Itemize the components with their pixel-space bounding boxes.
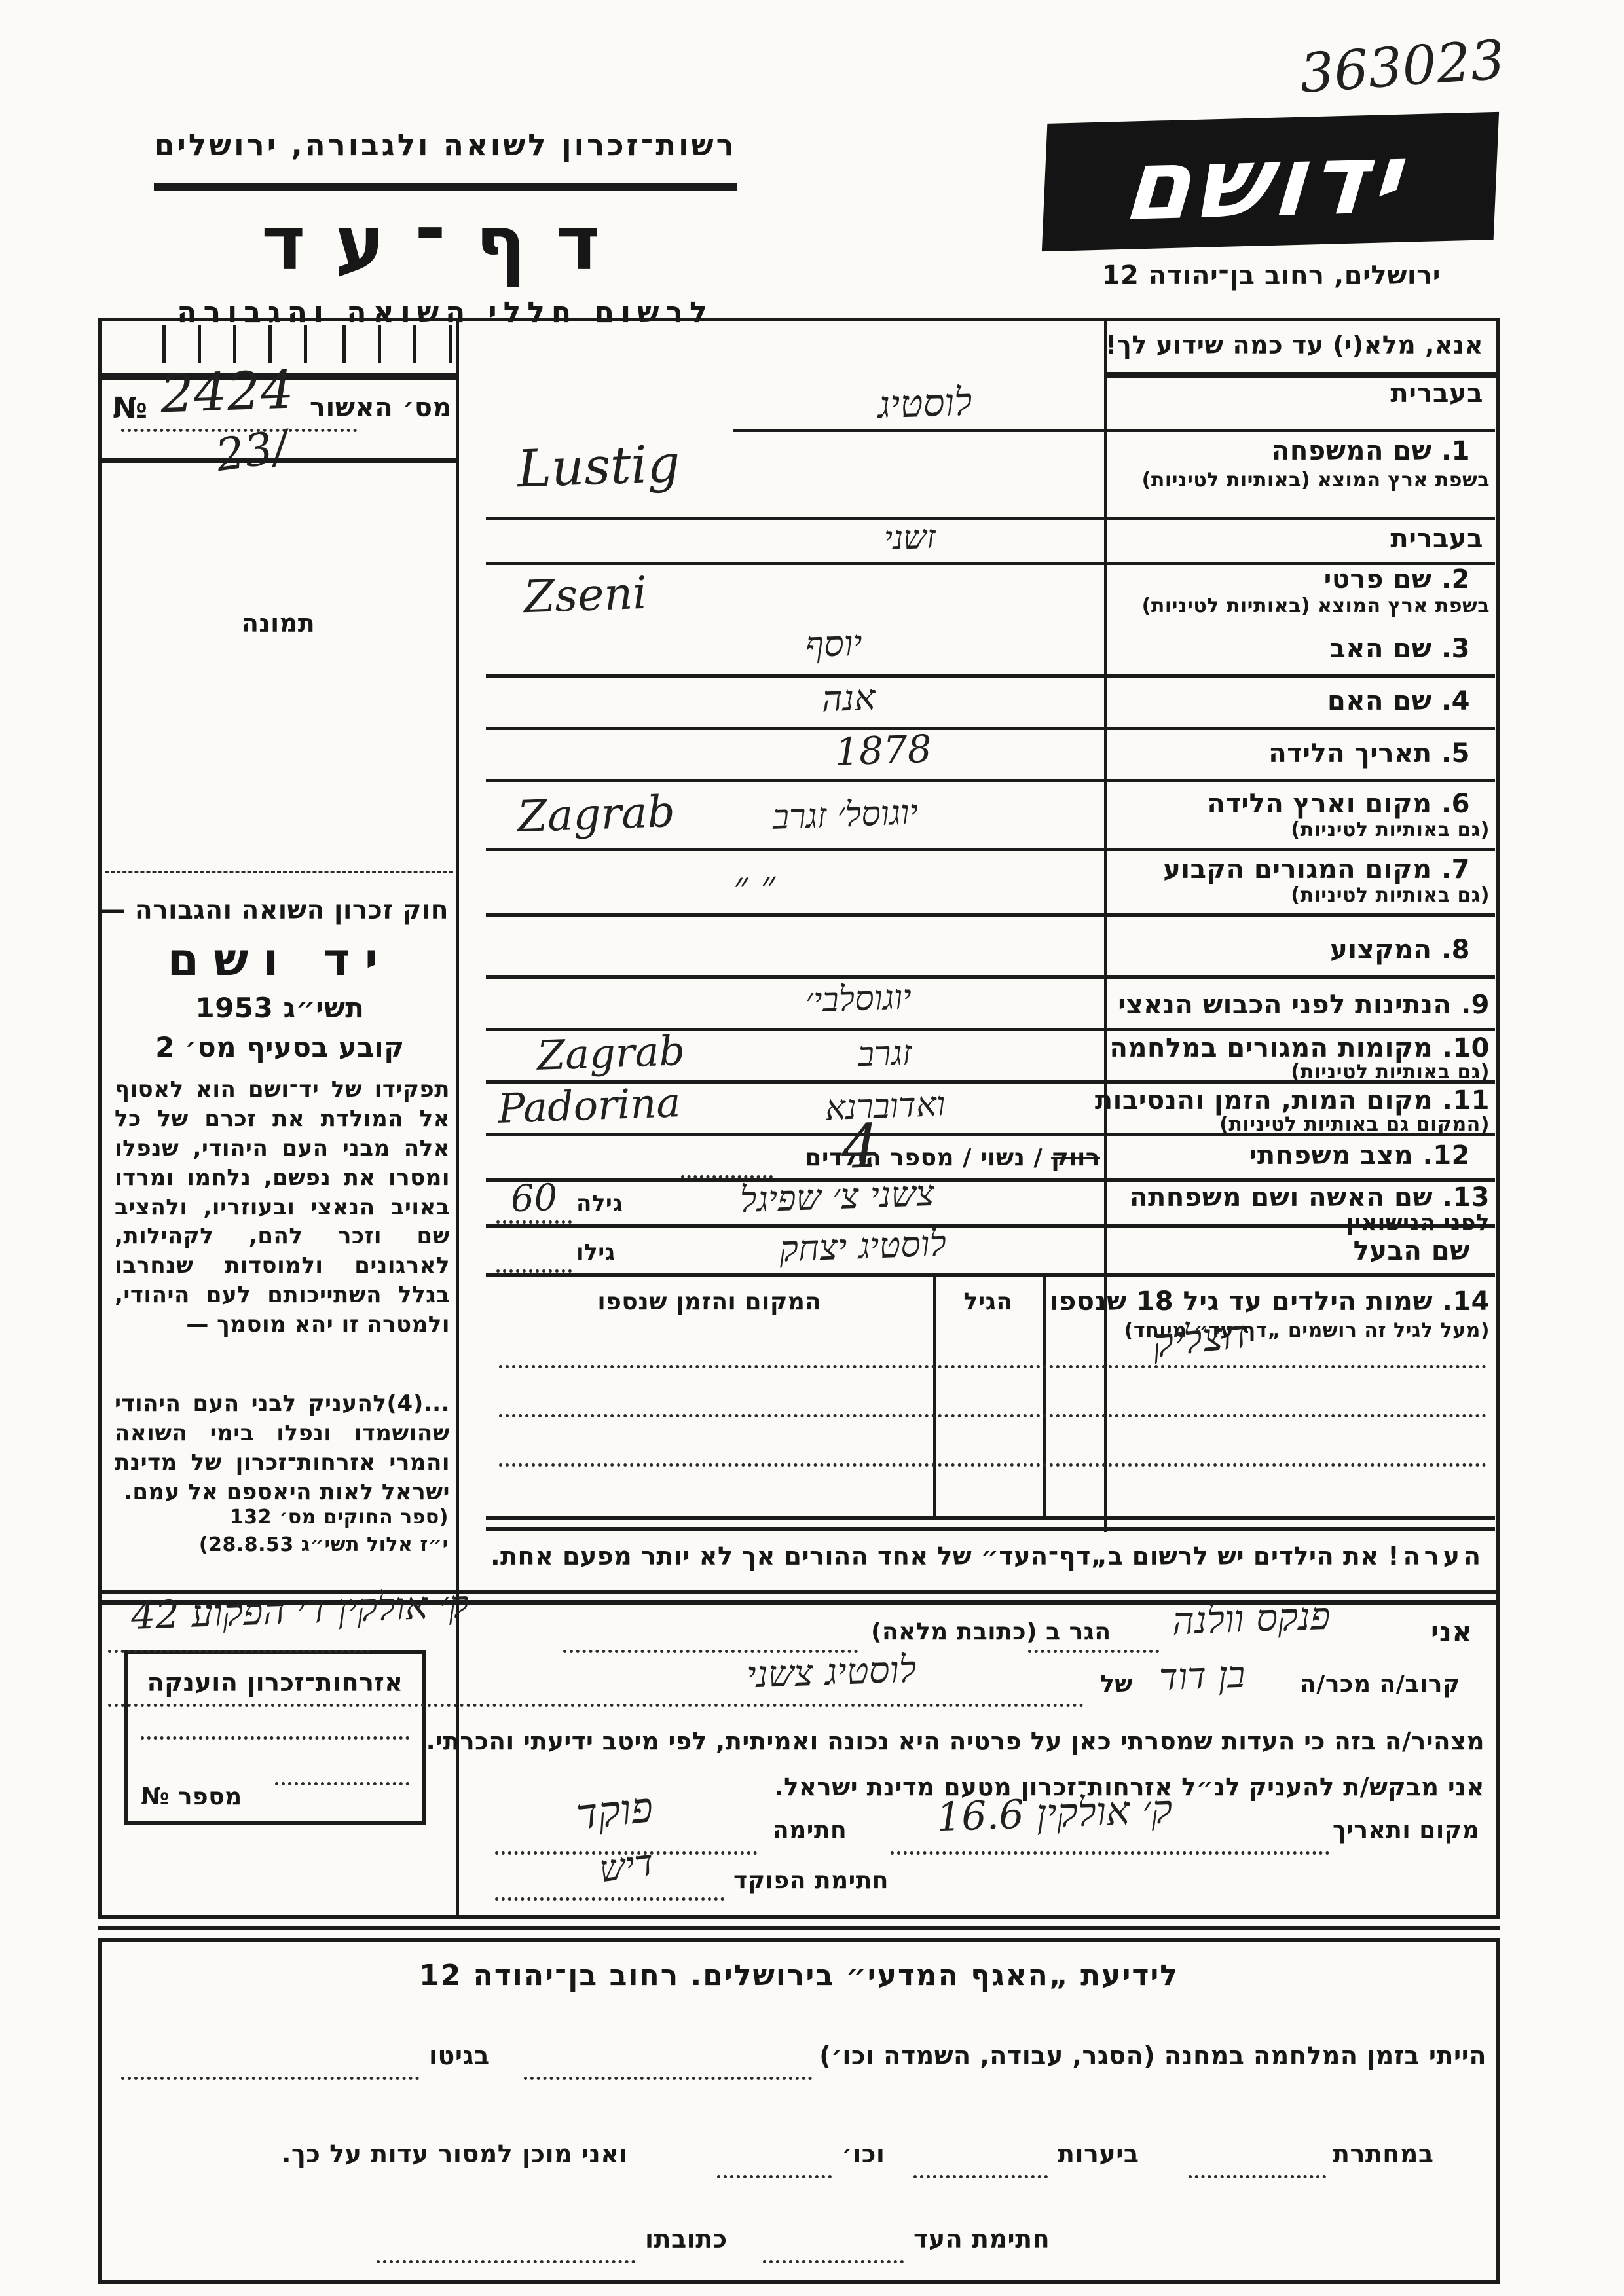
testify-label: ואני מוכן למסור עדות על כך. bbox=[282, 2140, 628, 2169]
header-address: ירושלים, רחוב בן־יהודה 12 bbox=[936, 261, 1441, 291]
row-line-4 bbox=[486, 727, 1495, 730]
declarant-name-dotted bbox=[1028, 1650, 1159, 1653]
row-line-husband bbox=[486, 1273, 1495, 1277]
tally-ticks bbox=[121, 325, 452, 363]
approval-no-sign: № bbox=[113, 392, 147, 426]
field9-label: 9. הנתינות לפני הכבוש הנאצי bbox=[1113, 990, 1490, 1021]
law-section: קובע בסעיף מס׳ 2 bbox=[111, 1031, 449, 1064]
instruction-rule bbox=[1107, 372, 1496, 378]
field12-option-single: רווק bbox=[1051, 1144, 1100, 1171]
yad-vashem-logo-text: ידושם bbox=[1115, 121, 1427, 242]
field1-entry-latin: Lustig bbox=[517, 435, 681, 500]
resides-label: הגר ב (כתובת מלאה) bbox=[871, 1618, 1111, 1646]
declarant-address-dotted-2 bbox=[108, 1650, 370, 1653]
subject-name-handwritten: לוסטיג צשני bbox=[746, 1648, 917, 1696]
field11-entry-latin: Padorina bbox=[497, 1078, 682, 1133]
registrar-signature-handwritten: דיש bbox=[597, 1842, 656, 1891]
field7-sublabel: (גם באותיות לטיניות) bbox=[1113, 884, 1490, 907]
field13-label: 13. שם האשה ושם משפחתה bbox=[1113, 1182, 1490, 1213]
children-col-place: המקום והזמן שנספו bbox=[486, 1288, 933, 1316]
relation-label: קרוב/ה מכר/ה bbox=[1300, 1671, 1460, 1698]
field12-children-count: 4 bbox=[840, 1111, 881, 1182]
photo-label: תמונה bbox=[210, 609, 347, 638]
row-line-8 bbox=[486, 975, 1495, 979]
field2-entry-latin: Zseni bbox=[523, 568, 648, 624]
field2-sublabel: בשפת ארץ המוצא (באותיות לטיניות) bbox=[1113, 594, 1490, 617]
registrar-signature-label: חתימת הפוקד bbox=[733, 1867, 889, 1895]
row-line-1lat bbox=[486, 517, 1495, 520]
law-reference-1: (ספר החוקים מס׳ 132 bbox=[121, 1506, 449, 1529]
field5-label: 5. תאריך הלידה bbox=[1113, 738, 1470, 769]
field5-entry: 1878 bbox=[834, 726, 932, 774]
field14-label: 14. שמות הילדים עד גיל 18 שנספו bbox=[1113, 1286, 1490, 1317]
field11-sublabel: (המקום גם באותיות לטיניות) bbox=[1113, 1113, 1490, 1136]
children-divider-age-right bbox=[1043, 1273, 1046, 1516]
field6-sublabel: (גם באותיות לטיניות) bbox=[1113, 818, 1490, 841]
husband-label: שם הבעל bbox=[1113, 1236, 1470, 1267]
bottom-box-top-rule bbox=[98, 1926, 1500, 1930]
field6-entry-hebrew: יוגוסל׳ זגרב bbox=[772, 793, 919, 837]
field1-hebrew-tag: בעברית bbox=[1113, 378, 1483, 409]
form-title: דף־עד bbox=[151, 200, 740, 289]
field1-entry-hebrew: לוסטיג bbox=[877, 380, 973, 428]
row-line-7 bbox=[486, 913, 1495, 917]
citizenship-number-label: מספר № bbox=[141, 1783, 242, 1811]
of-label: של bbox=[1100, 1671, 1133, 1698]
child-name-entry: חצליק bbox=[1151, 1311, 1248, 1367]
row-line-1he bbox=[733, 429, 1495, 432]
authority-name: רשות־זכרון לשואה ולגבורה, ירושלים bbox=[151, 128, 740, 162]
field6-label: 6. מקום וארץ הלידה bbox=[1113, 789, 1470, 820]
law-paragraph-1: תפקידו של יד־ושם הוא לאסוף אל המולדת את … bbox=[115, 1075, 450, 1339]
registrar-dotted bbox=[495, 1897, 724, 1901]
subject-dotted bbox=[108, 1704, 1084, 1707]
field1-label: 1. שם המשפחה bbox=[1113, 436, 1470, 467]
husband-age-dotted bbox=[496, 1269, 572, 1273]
witness-signature-label: חתימת העד bbox=[913, 2225, 1050, 2254]
field3-entry: יוסף bbox=[805, 623, 863, 666]
field2-label: 2. שם פרטי bbox=[1113, 564, 1470, 595]
children-note-text: את הילדים יש לרשום ב„דף־העד״ של אחד ההור… bbox=[490, 1542, 1388, 1571]
underground-dotted bbox=[1189, 2175, 1326, 2178]
field11-label: 11. מקום המות, הזמן והנסיבות bbox=[1113, 1085, 1490, 1116]
husband-entry: לוסטיג יצחק bbox=[779, 1223, 947, 1270]
declaration-i-label: אני bbox=[1431, 1616, 1472, 1649]
law-paragraph-2: ...(4)להעניק לבני העם היהודי שהושמדו ונפ… bbox=[115, 1389, 450, 1507]
table-bottom-rule-b bbox=[486, 1527, 1495, 1531]
law-reference-2: י״ז אלול תשי״ג 28.8.53) bbox=[121, 1533, 449, 1556]
row-line-6 bbox=[486, 848, 1495, 851]
field2-entry-hebrew: זשני bbox=[883, 518, 936, 558]
field12-label: 12. מצב משפחתי bbox=[1113, 1140, 1470, 1171]
field4-label: 4. שם האם bbox=[1113, 686, 1470, 717]
approval-number-label: מס׳ האשור bbox=[314, 393, 452, 424]
field10-entry-latin: Zagrab bbox=[536, 1027, 686, 1080]
law-year: תשי״ג 1953 bbox=[111, 992, 449, 1025]
row-line-5 bbox=[486, 779, 1495, 782]
field2-hebrew-tag: בעברית bbox=[1113, 524, 1483, 555]
forests-label: ביערות bbox=[1058, 2140, 1139, 2169]
approval-dotted-line bbox=[121, 429, 357, 432]
place-date-dotted bbox=[891, 1851, 1329, 1855]
citizenship-dotted-1 bbox=[141, 1736, 409, 1740]
field7-entry-ditto: ״ ״ bbox=[733, 862, 777, 909]
table-bottom-rule-a bbox=[486, 1516, 1495, 1520]
field6-entry-latin: Zagrab bbox=[517, 786, 676, 842]
declaration-statement: מצהיר/ה בזה כי העדות שמסרתי כאן על פרטיה… bbox=[486, 1727, 1485, 1756]
archive-stamp-number: 363023 bbox=[1298, 29, 1507, 105]
divider-label-column bbox=[1104, 318, 1107, 1532]
field13-age-dotted bbox=[496, 1220, 572, 1224]
children-col-age: הגיל bbox=[933, 1288, 1043, 1316]
witness-address-label: כתובתו bbox=[645, 2225, 728, 2254]
ghetto-dotted bbox=[121, 2077, 419, 2080]
testimony-page-scan: 363023 רשות־זכרון לשואה ולגבורה, ירושלים… bbox=[0, 0, 1624, 2296]
underground-label: במחתרת bbox=[1333, 2140, 1434, 2169]
field13-entry: צשני צ׳ שפיגל bbox=[739, 1173, 935, 1220]
row-line-3 bbox=[486, 674, 1495, 678]
law-intro: חוק זכרון השואה והגבורה — bbox=[111, 896, 449, 926]
place-date-handwritten: ק׳ אולקין 16.6 bbox=[936, 1787, 1173, 1841]
place-date-label: מקום ותאריך bbox=[1333, 1817, 1479, 1844]
field13-age-value: 60 bbox=[510, 1176, 558, 1220]
children-row3-dotted bbox=[499, 1463, 1486, 1467]
witness-signature-dotted bbox=[763, 2260, 904, 2263]
approval-bottom-rule bbox=[102, 458, 456, 463]
declarant-name-handwritten: פנקס וולנה bbox=[1172, 1594, 1331, 1643]
etc-label: וכו׳ bbox=[841, 2140, 885, 2169]
header-underline bbox=[154, 183, 737, 191]
children-row2-dotted bbox=[499, 1414, 1486, 1417]
bottom-title: לידיעת „האגף המדעי״ בירושלים. רחוב בן־יה… bbox=[105, 1959, 1493, 1993]
fill-instruction: אנא, מלא(י) עד כמה שידוע לך! bbox=[1113, 331, 1483, 360]
citizenship-box-title: אזרחות־זכרון הוענקה bbox=[131, 1668, 419, 1698]
field8-label: 8. המקצוע bbox=[1113, 935, 1470, 966]
field1-sublabel: בשפת ארץ המוצא (באותיות לטיניות) bbox=[1113, 469, 1490, 492]
field10-label: 10. מקומות המגורים במלחמה bbox=[1113, 1033, 1490, 1064]
relation-handwritten: בן דוד bbox=[1158, 1654, 1246, 1700]
field12-options: רווק / נשוי / מספר הילדים bbox=[753, 1144, 1100, 1172]
field9-entry: יוגוסלבי׳ bbox=[805, 977, 912, 1021]
row-line-12 bbox=[486, 1178, 1495, 1182]
field13-label2: לפני הנישואין bbox=[1113, 1210, 1490, 1236]
etc-dotted bbox=[717, 2175, 832, 2178]
yad-vashem-name: יד ושם bbox=[111, 933, 449, 987]
children-row1-dotted bbox=[499, 1365, 1486, 1368]
sidebar-top-dash bbox=[105, 871, 453, 873]
divider-left-column bbox=[456, 318, 459, 1919]
ghetto-label: בגיטו bbox=[429, 2041, 490, 2071]
children-note-lead: הערה! bbox=[1388, 1542, 1485, 1571]
children-divider-age-left bbox=[933, 1273, 936, 1516]
approval-number-handwritten: 2424 bbox=[159, 359, 295, 424]
husband-age-label: גילו bbox=[576, 1239, 615, 1266]
citizenship-dotted-2 bbox=[275, 1782, 409, 1785]
field4-entry: אנה bbox=[821, 677, 876, 720]
witness-address-dotted bbox=[377, 2260, 635, 2263]
field10-sublabel: (גם באותיות לטיניות) bbox=[1113, 1061, 1490, 1084]
field7-label: 7. מקום המגורים הקבוע bbox=[1113, 854, 1470, 885]
field3-label: 3. שם האב bbox=[1113, 634, 1470, 665]
signature-label: חתימה bbox=[773, 1817, 847, 1844]
camp-line-label: הייתי בזמן המלחמה במחנה (הסגר, עבודה, הש… bbox=[819, 2041, 1486, 2071]
field10-entry-hebrew: זגרב bbox=[857, 1034, 912, 1075]
yad-vashem-logo: ידושם bbox=[1042, 112, 1499, 251]
camp-dotted bbox=[524, 2077, 812, 2080]
forests-dotted bbox=[913, 2175, 1048, 2178]
signature-handwritten: פוקד bbox=[574, 1783, 655, 1840]
children-note: הערה! את הילדים יש לרשום ב„דף־העד״ של אח… bbox=[486, 1542, 1485, 1571]
field13-age-label: גילה bbox=[576, 1190, 623, 1216]
